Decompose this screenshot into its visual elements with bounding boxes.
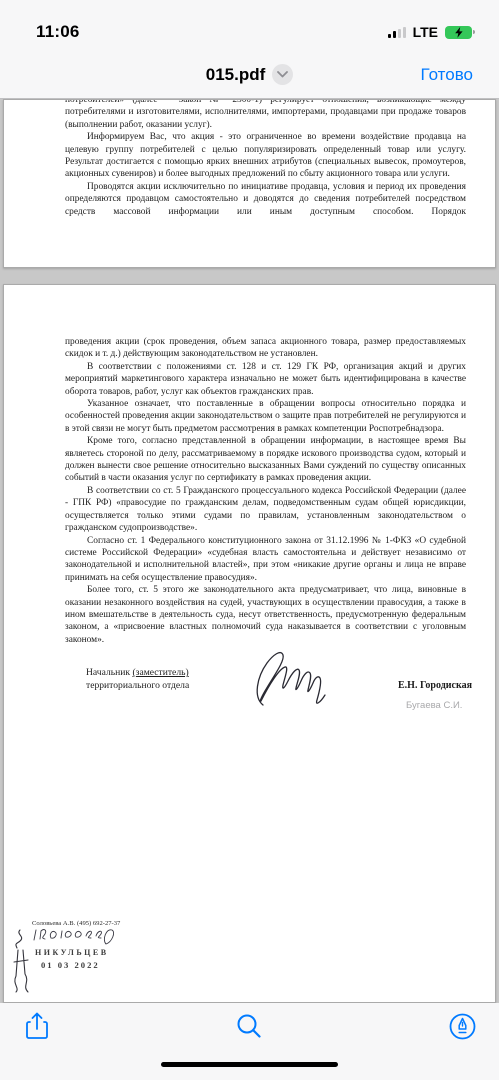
pdf-page-1: потребителей» (далее – Закон № 2300-1) р…: [3, 99, 496, 268]
role-prefix: Начальник: [86, 667, 132, 678]
role-underlined: (заместитель): [132, 667, 188, 678]
handwritten-mark: [6, 924, 36, 996]
secondary-name: Бугаева С.И.: [406, 700, 462, 711]
document-title: 015.pdf: [206, 65, 266, 85]
done-button[interactable]: Готово: [421, 65, 474, 85]
search-button[interactable]: [232, 1009, 266, 1043]
search-icon: [236, 1013, 262, 1039]
paragraph: потребителей» (далее – Закон № 2300-1) р…: [65, 99, 466, 131]
top-chrome: 11:06 LTE 015.pdf: [0, 0, 499, 99]
network-type-label: LTE: [413, 24, 438, 40]
stamp-name: НИКУЛЬЦЕВ: [35, 948, 109, 957]
signatory-name: Е.Н. Городиская: [398, 680, 472, 691]
chevron-down-icon: [277, 71, 288, 78]
share-icon: [26, 1012, 48, 1040]
paragraph: Более того, ст. 5 этого же законодательн…: [65, 584, 466, 646]
page-2-text: проведения акции (срок проведения, объем…: [65, 336, 466, 646]
page-1-text: потребителей» (далее – Закон № 2300-1) р…: [65, 99, 466, 218]
paragraph: Согласно ст. 1 Федерального конституцион…: [65, 535, 466, 585]
markup-icon: [449, 1013, 476, 1040]
home-indicator[interactable]: [161, 1062, 338, 1067]
signatory-role: Начальник (заместитель) территориального…: [86, 667, 189, 692]
pdf-page-2: проведения акции (срок проведения, объем…: [3, 284, 496, 1003]
lightning-bolt-icon: [454, 27, 464, 38]
paragraph: Проводятся акции исключительно по инициа…: [65, 181, 466, 218]
paragraph: проведения акции (срок проведения, объем…: [65, 336, 466, 361]
status-bar: 11:06 LTE: [0, 0, 499, 50]
share-button[interactable]: [20, 1009, 54, 1043]
markup-button[interactable]: [445, 1009, 479, 1043]
bottom-toolbar: [0, 1003, 499, 1080]
nav-bar: 015.pdf Готово: [0, 50, 499, 99]
role-line2: территориального отдела: [86, 680, 189, 691]
status-icons: LTE: [388, 24, 475, 40]
cellular-signal-icon: [388, 27, 406, 38]
paragraph: В соответствии с положениями ст. 128 и с…: [65, 361, 466, 398]
title-menu-button[interactable]: [272, 64, 293, 85]
paragraph: Кроме того, согласно представленной в об…: [65, 435, 466, 485]
handwritten-signature: [249, 643, 341, 713]
handwritten-date: [28, 926, 116, 948]
paragraph: Указанное означает, что поставленные в о…: [65, 398, 466, 435]
battery-charging-icon: [445, 26, 475, 39]
clock: 11:06: [36, 22, 80, 42]
pdf-viewport[interactable]: потребителей» (далее – Закон № 2300-1) р…: [0, 99, 499, 1003]
paragraph: Информируем Вас, что акция - это огранич…: [65, 131, 466, 181]
stamp-date: 01 03 2022: [41, 960, 100, 970]
paragraph: В соответствии со ст. 5 Гражданского про…: [65, 485, 466, 535]
